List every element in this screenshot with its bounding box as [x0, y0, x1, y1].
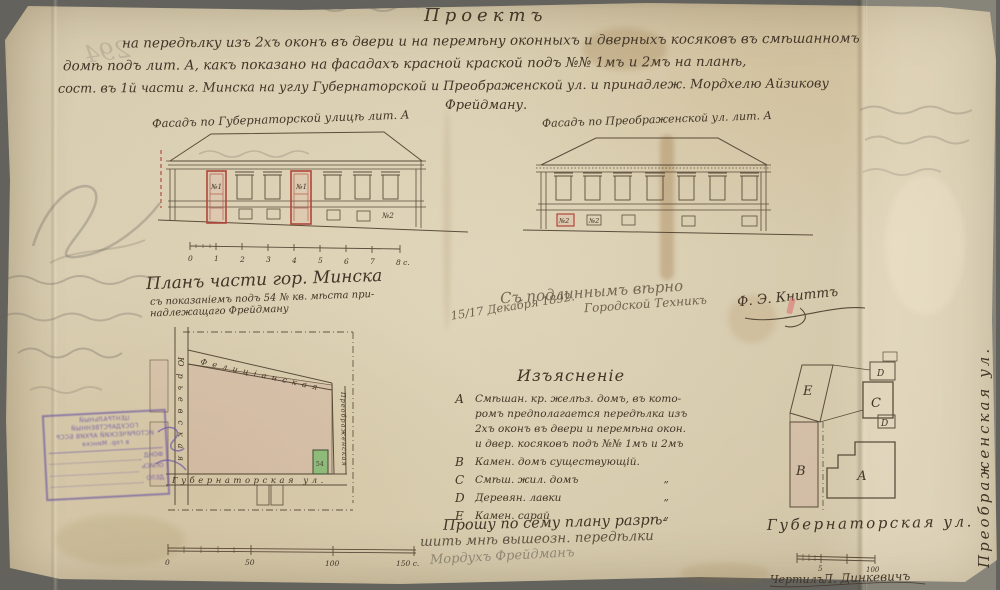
city-plan-scale-bar [168, 544, 416, 556]
door-mark-1: №1 [210, 183, 222, 191]
street-gubernatorskaya: Губернаторская ул. [766, 512, 974, 534]
roof [541, 138, 767, 165]
scale-tick-label: 0 [165, 558, 170, 567]
window [554, 173, 759, 200]
scale-tick-label: 50 [245, 558, 255, 567]
scale-tick-label: 6 [344, 257, 349, 266]
scale-tick-label: 0 [188, 254, 193, 263]
ghost-writing-left [0, 255, 165, 425]
signature-flourish [740, 300, 870, 332]
scale-tick-label: 150 с. [396, 559, 419, 568]
ground-line [523, 230, 813, 235]
plot-plan-drawing: Е D С D В А Губернаторская ул. 5 100 Чер… [765, 350, 1000, 590]
legend-key: С [455, 473, 475, 488]
label-c: С [871, 396, 881, 411]
legend-title: Изъясненіе [517, 366, 715, 386]
left-facade-drawing: №1 №1 №2 0 1 2 3 4 5 6 7 8 с. [158, 128, 470, 278]
purple-scribble [150, 420, 192, 478]
legend-item-a: А Смѣшан. кр. желѣз. домъ, въ кото- ромъ… [455, 392, 715, 452]
legend-key: В [455, 455, 475, 470]
label-a: А [856, 469, 867, 484]
ghost-flourish [15, 168, 170, 273]
mark-no2-ink: №2 [588, 217, 599, 225]
window [235, 172, 400, 199]
street-name-right: Преображенская [339, 391, 348, 467]
legend-line: ромъ предполагается передѣлка изъ [475, 407, 687, 422]
scale-tick-label: 7 [370, 257, 375, 266]
legend-line: Смѣш. жил. домъ [475, 473, 578, 488]
door-mark-2: №1 [295, 183, 307, 191]
ditto-mark: „ [664, 473, 715, 488]
right-facade-drawing: №2 №2 [518, 132, 818, 270]
building-top-corner [883, 352, 897, 361]
label-d2: D [880, 419, 888, 429]
legend-item-d: D Деревян. лавки „ [455, 491, 715, 506]
legend: Изъясненіе А Смѣшан. кр. желѣз. домъ, въ… [455, 366, 715, 527]
ground-line [158, 220, 468, 232]
legend-key: А [455, 392, 475, 452]
legend-line: Смѣшан. кр. желѣз. домъ, въ кото- [475, 392, 687, 407]
left-facade-scale-bar [190, 242, 400, 253]
legend-line: 2хъ оконъ въ двери и перемѣна окон. [475, 422, 687, 437]
scale-tick-label: 1 [214, 254, 219, 263]
header-line-4: Фрейдману. [445, 98, 527, 114]
scale-tick-label: 100 [325, 559, 340, 568]
street-name-bottom: Губернаторская ул. [171, 475, 327, 486]
scanned-archival-drawing: { "header": { "title": "Проектъ", "line1… [0, 0, 1000, 590]
legend-line: Деревян. лавки [475, 491, 561, 506]
plot-plan-scale-bar [797, 553, 875, 564]
mark-no2-red: №2 [558, 217, 569, 225]
ghost-writing-topright [855, 92, 995, 192]
plot-number: 54 [316, 461, 324, 468]
scale-tick-label: 5 [318, 256, 323, 265]
scale-tick-label: 3 [266, 255, 271, 264]
legend-item-b: В Камен. домъ существующій. [455, 455, 715, 470]
drawn-by-label: Чертилъ [770, 573, 824, 586]
legend-item-c: С Смѣш. жил. домъ „ [455, 473, 715, 488]
legend-line: Камен. домъ существующій. [475, 455, 640, 470]
scale-tick-label: 8 с. [396, 258, 410, 267]
street-preobrazhenskaya-vertical: Преображенская ул. [975, 353, 994, 568]
label-e: Е [802, 384, 813, 399]
side-block-1 [150, 360, 168, 412]
city-plan-drawing: 54 Юрьевская Фелиціанская Преображенская… [148, 322, 448, 574]
basement-window [587, 215, 757, 226]
label-b: В [795, 464, 806, 479]
document-title: Проектъ [424, 5, 548, 28]
ditto-mark: „ [664, 509, 715, 524]
scale-tick-label: 4 [291, 256, 297, 265]
ghost-writing-top [295, 0, 445, 14]
ditto-mark: „ [664, 491, 715, 506]
scale-tick-label: 2 [239, 255, 245, 264]
legend-key: D [455, 491, 475, 506]
roof [170, 132, 422, 161]
label-d1: D [876, 369, 884, 379]
legend-line: и двер. косяковъ подъ №№ 1мъ и 2мъ [475, 437, 687, 452]
corner-mark: №2 [381, 211, 394, 220]
